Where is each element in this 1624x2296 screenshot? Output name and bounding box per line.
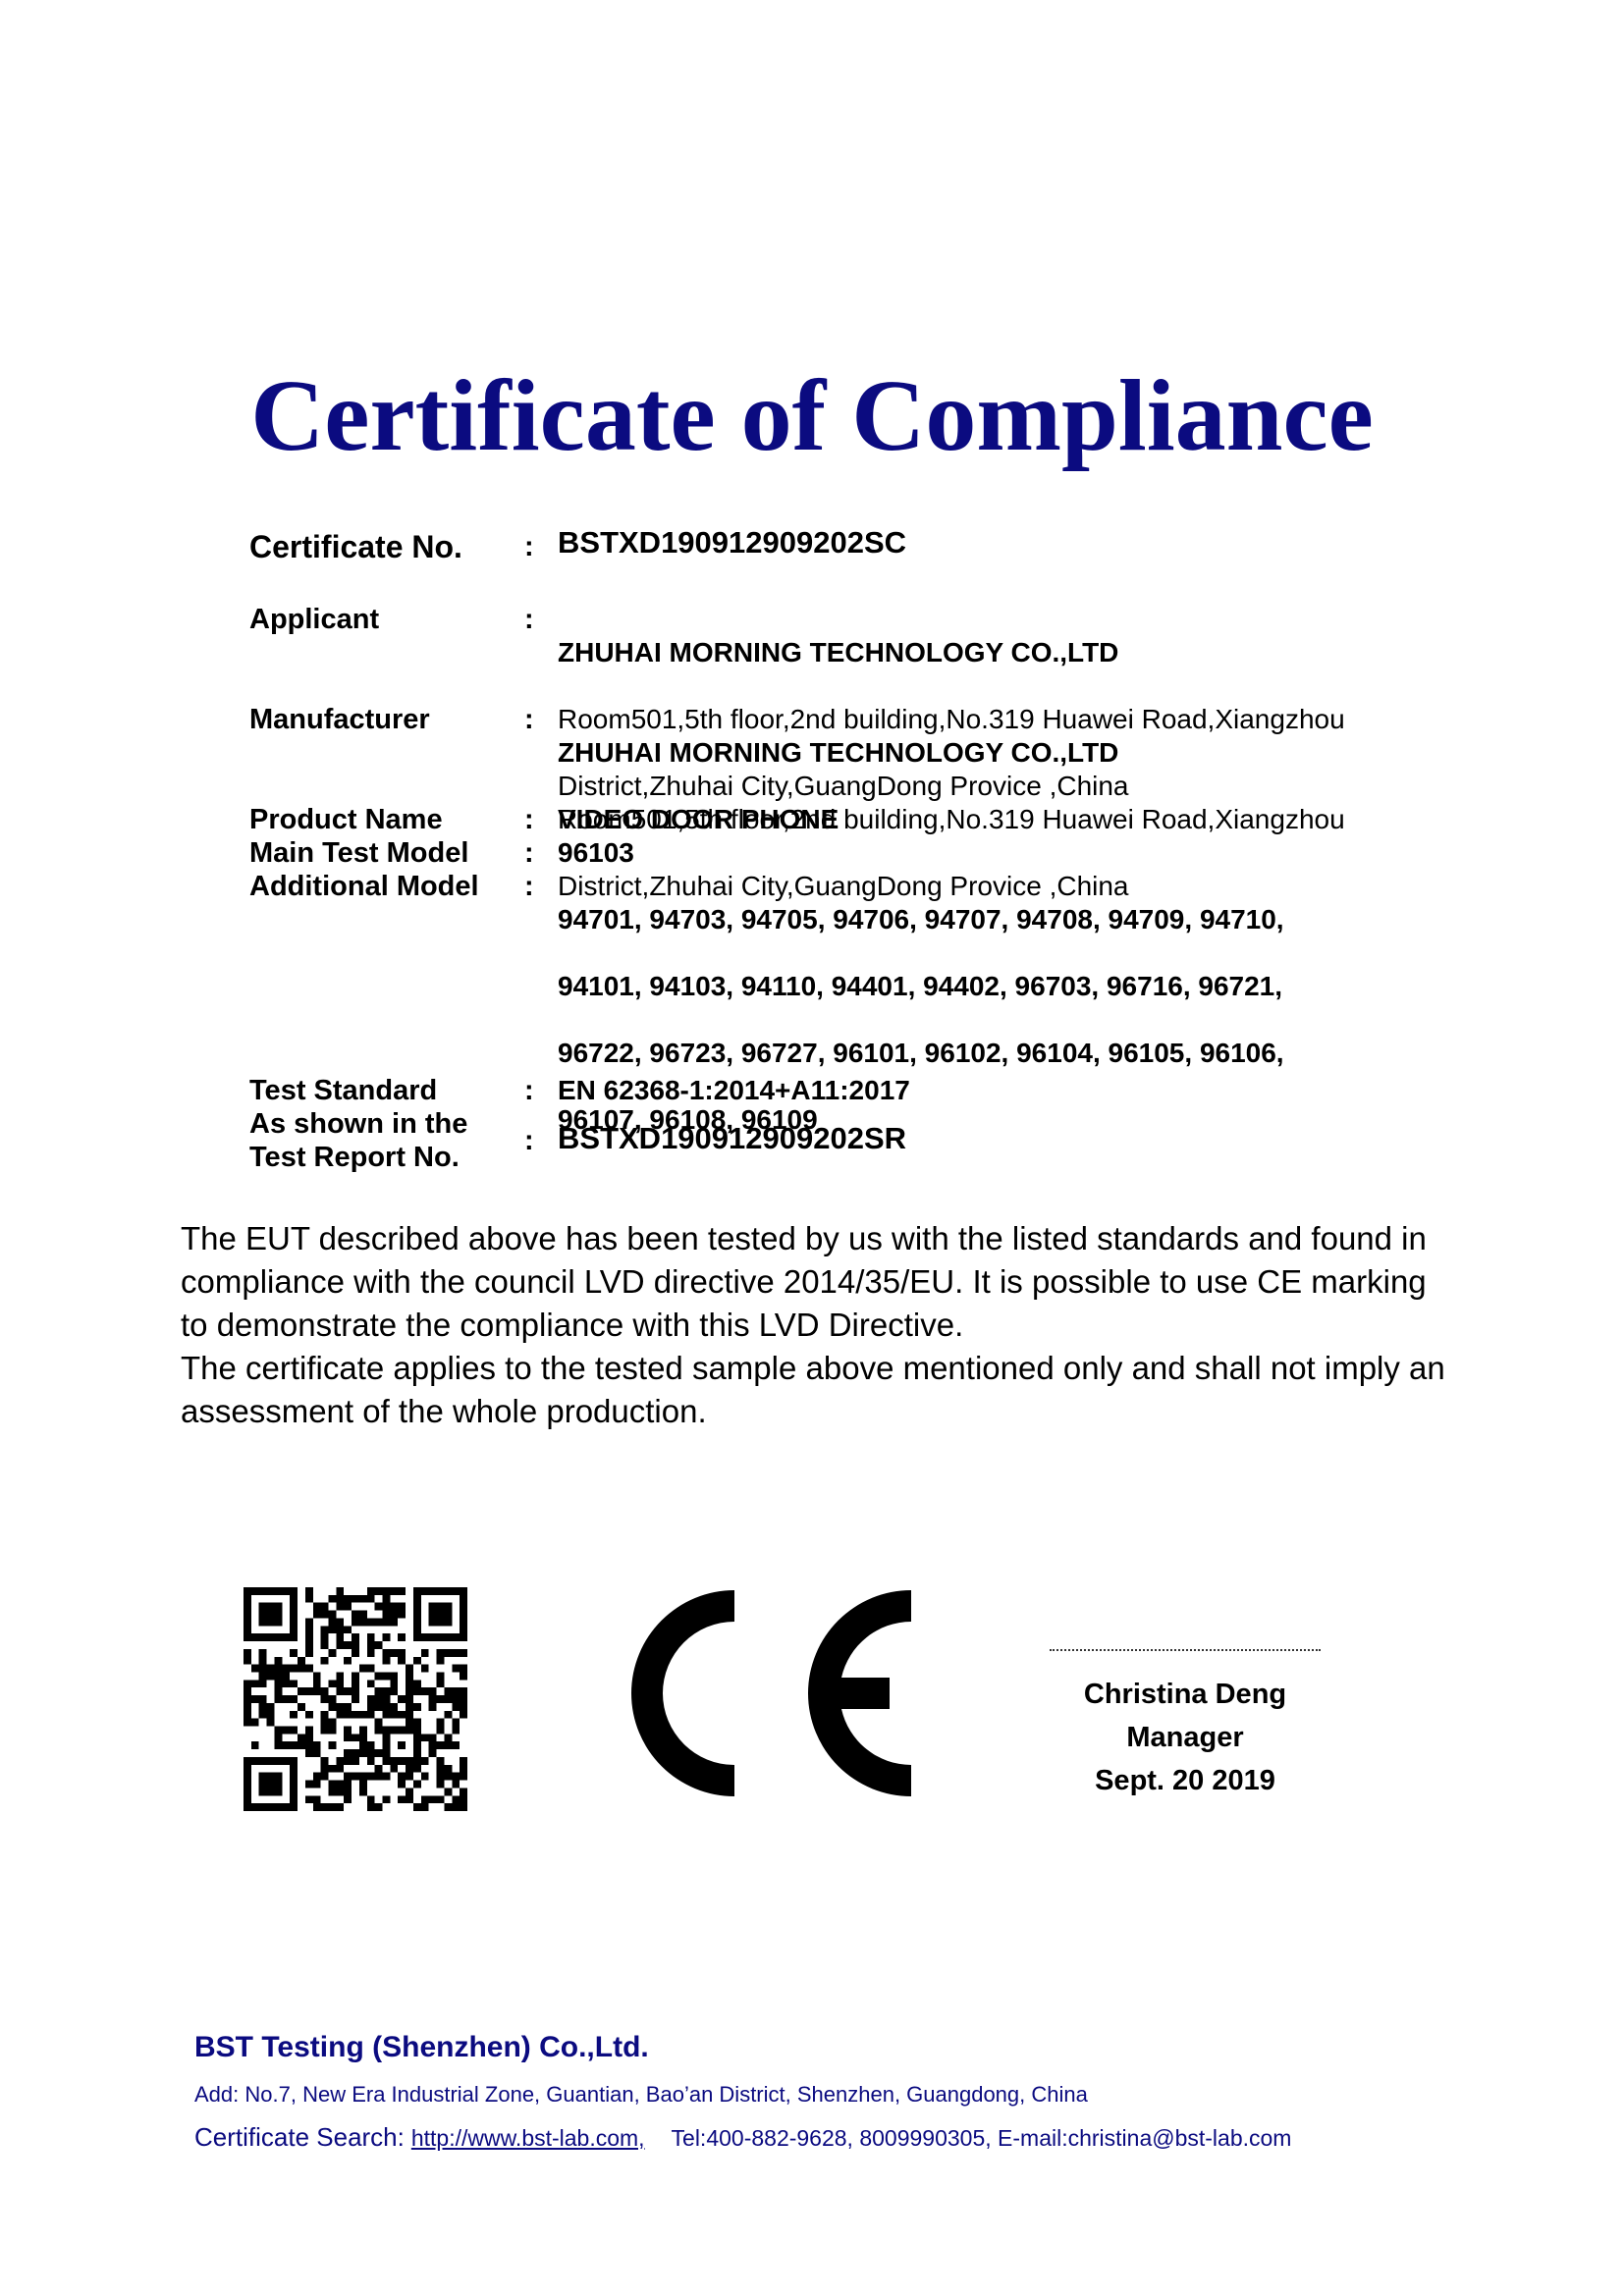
signatory-title: Manager <box>1043 1716 1327 1759</box>
main-test-model-value: 96103 <box>558 836 634 870</box>
separator: : <box>524 1074 534 1107</box>
separator: : <box>524 803 534 836</box>
test-report-label: As shown in the Test Report No. <box>249 1107 467 1174</box>
statement-paragraph: The certificate applies to the tested sa… <box>181 1347 1457 1433</box>
signatory-name: Christina Deng <box>1043 1673 1327 1716</box>
separator: : <box>524 836 534 870</box>
separator: : <box>524 703 534 736</box>
footer-company: BST Testing (Shenzhen) Co.,Ltd. <box>194 2030 1291 2065</box>
separator: : <box>524 530 534 563</box>
test-report-label-line2: Test Report No. <box>249 1141 467 1174</box>
qr-code-icon <box>244 1587 467 1811</box>
footer-address: Add: No.7, New Era Industrial Zone, Guan… <box>194 2079 1291 2110</box>
separator: : <box>524 870 534 903</box>
footer-certificate-search: Certificate Search: http://www.bst-lab.c… <box>194 2120 1291 2155</box>
test-report-value: BSTXD190912909202SR <box>558 1122 906 1155</box>
ce-mark-icon <box>607 1580 921 1806</box>
test-standard-label: Test Standard <box>249 1074 437 1107</box>
test-report-label-line1: As shown in the <box>249 1107 467 1141</box>
signature-date: Sept. 20 2019 <box>1043 1759 1327 1802</box>
certificate-title: Certificate of Compliance <box>0 365 1624 467</box>
signature-block: Christina Deng Manager Sept. 20 2019 <box>1043 1649 1327 1802</box>
applicant-name: ZHUHAI MORNING TECHNOLOGY CO.,LTD <box>558 636 1345 669</box>
additional-model-line: 96722, 96723, 96727, 96101, 96102, 96104… <box>558 1037 1284 1070</box>
additional-model-line: 94101, 94103, 94110, 94401, 94402, 96703… <box>558 970 1284 1003</box>
main-test-model-label: Main Test Model <box>249 836 468 870</box>
compliance-statement: The EUT described above has been tested … <box>181 1217 1457 1433</box>
footer: BST Testing (Shenzhen) Co.,Ltd. Add: No.… <box>194 2030 1291 2155</box>
additional-model-line: 94701, 94703, 94705, 94706, 94707, 94708… <box>558 903 1284 936</box>
additional-model-label: Additional Model <box>249 870 479 903</box>
manufacturer-name: ZHUHAI MORNING TECHNOLOGY CO.,LTD <box>558 736 1345 770</box>
certificate-search-label: Certificate Search: <box>194 2122 405 2152</box>
separator: : <box>524 603 534 636</box>
signature-line <box>1050 1649 1321 1651</box>
certificate-no-value: BSTXD190912909202SC <box>558 526 906 560</box>
certificate-no-label: Certificate No. <box>249 530 462 563</box>
certificate-search-link[interactable]: http://www.bst-lab.com, <box>411 2125 645 2151</box>
manufacturer-label: Manufacturer <box>249 703 430 736</box>
statement-paragraph: The EUT described above has been tested … <box>181 1217 1457 1347</box>
product-name-label: Product Name <box>249 803 443 836</box>
product-name-value: VIDEO DOOR PHONE <box>558 803 839 836</box>
applicant-label: Applicant <box>249 603 379 636</box>
test-standard-value: EN 62368-1:2014+A11:2017 <box>558 1074 910 1107</box>
separator: : <box>524 1124 534 1157</box>
footer-contact: Tel:400-882-9628, 8009990305, E-mail:chr… <box>672 2125 1292 2151</box>
